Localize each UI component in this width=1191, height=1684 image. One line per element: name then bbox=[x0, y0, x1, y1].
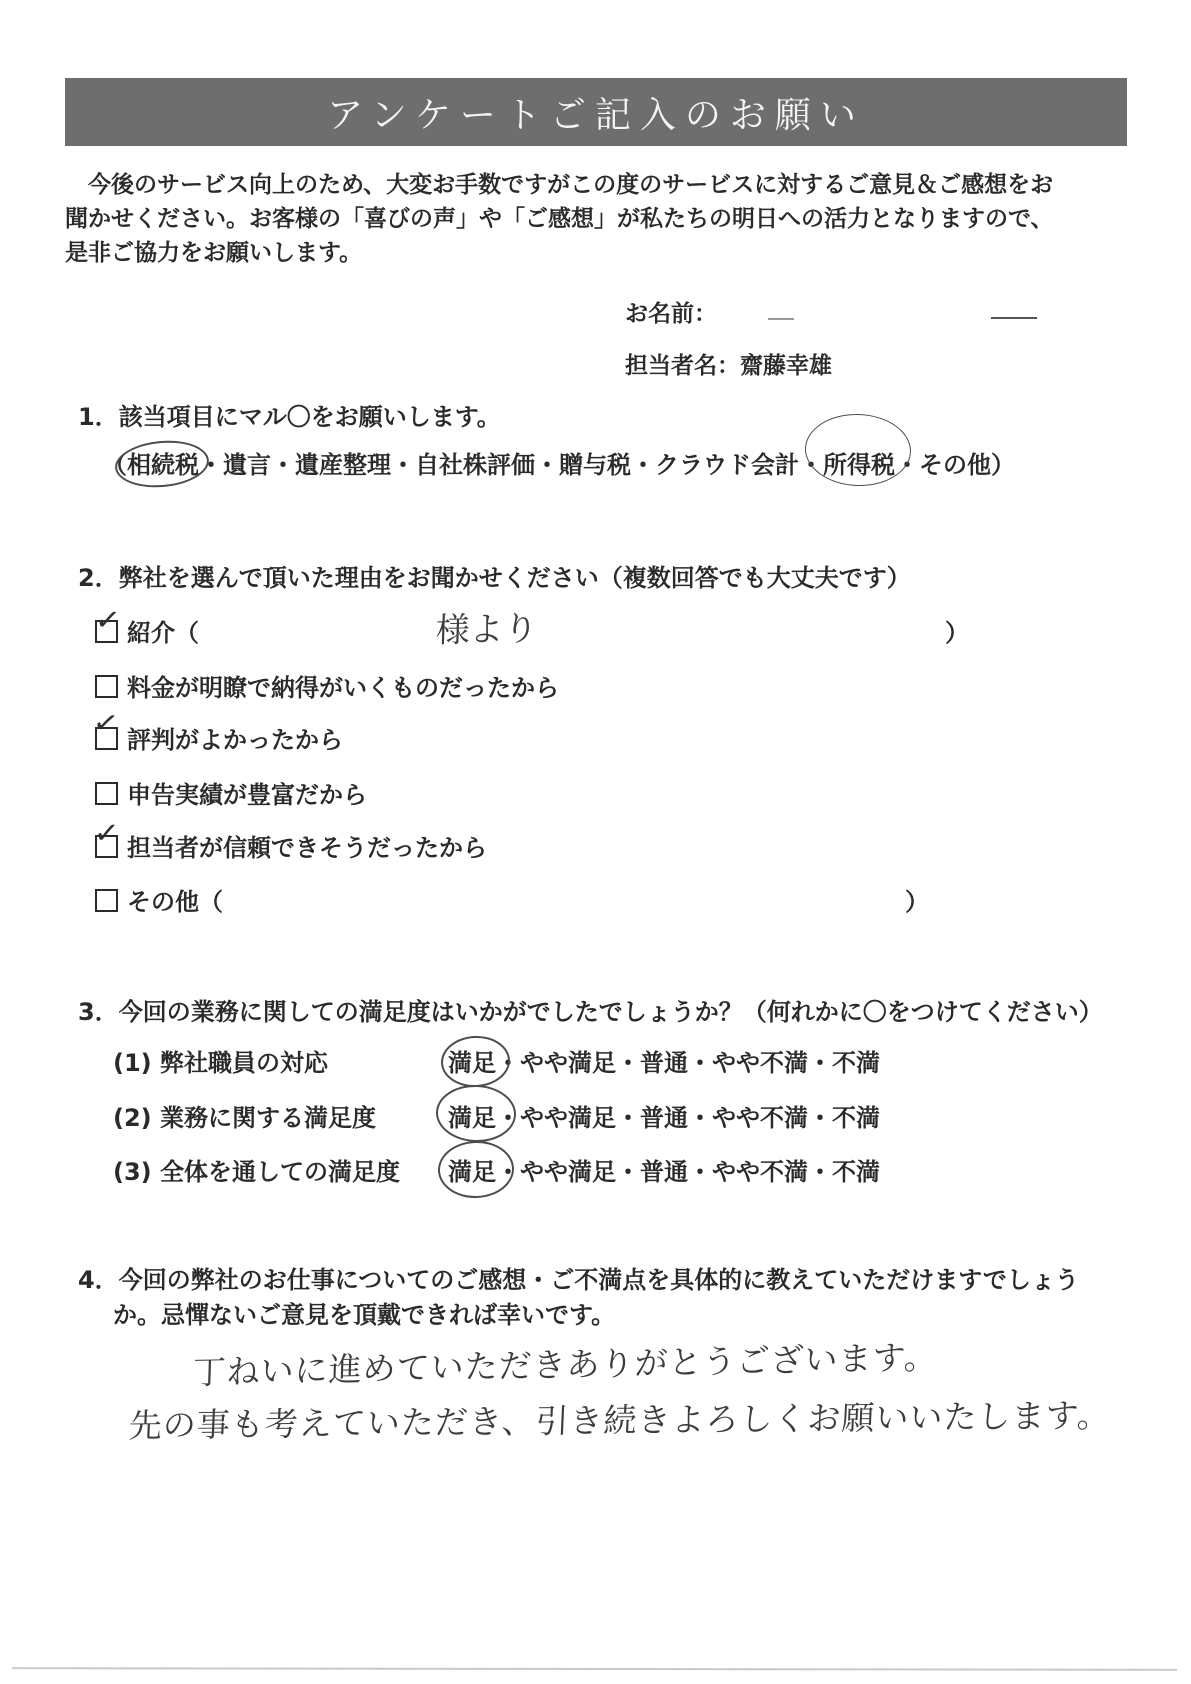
close-paren: ） bbox=[945, 613, 969, 648]
q1-heading: 1．該当項目にマル〇をお願いします。 bbox=[78, 402, 501, 432]
name-underline-mark bbox=[768, 318, 794, 320]
intro-line: 聞かせください。お客様の「喜びの声」や「ご感想」が私たちの明日への活力となります… bbox=[65, 202, 1054, 236]
checkbox-ryokin[interactable] bbox=[95, 675, 118, 698]
handwritten-comment-line: 丁ねいに進めていただきありがとうございます。 bbox=[192, 1331, 939, 1394]
q2-heading: 2．弊社を選んで頂いた理由をお聞かせください（複数回答でも大丈夫です） bbox=[78, 563, 911, 593]
q3-heading: 3．今回の業務に関しての満足度はいかがでしたでしょうか？（何れかに〇をつけてくだ… bbox=[78, 997, 1103, 1027]
q3-scale: 満足・やや満足・普通・やや不満・不満 bbox=[448, 1152, 880, 1187]
checkbox-hyoban[interactable]: ✓ bbox=[95, 727, 118, 750]
intro-text: 今後のサービス向上のため、大変お手数ですがこの度のサービスに対するご意見＆ご感想… bbox=[65, 168, 1054, 270]
q1-option-shotokuzei-circled: 所得税 bbox=[823, 450, 895, 480]
q2-item-tantosha: ✓担当者が信頼できそうだったから bbox=[95, 828, 487, 863]
close-paren: ） bbox=[991, 451, 1015, 479]
q1-option: クラウド会計 bbox=[655, 451, 799, 479]
staff-label: 担当者名： bbox=[625, 353, 740, 379]
q3-row-number: (1) bbox=[113, 1049, 152, 1077]
handwritten-comment-line: 先の事も考えていただき、引き続きよろしくお願いいたします。 bbox=[128, 1390, 1112, 1447]
q2-item-label: 紹介（ bbox=[127, 619, 199, 647]
q3-circled-manzoku: 満足 bbox=[448, 1152, 496, 1187]
q2-item-label: 申告実績が豊富だから bbox=[127, 781, 367, 809]
q2-item-sonota: その他（ ） bbox=[95, 882, 223, 917]
checkbox-tantosha[interactable]: ✓ bbox=[95, 835, 118, 858]
q3-row-label: 全体を通しての満足度 bbox=[160, 1158, 400, 1186]
q3-row-service-satisfaction: (2) 業務に関する満足度 満足・やや満足・普通・やや不満・不満 bbox=[113, 1098, 376, 1133]
q1-option: 遺産整理 bbox=[295, 451, 391, 479]
q1-option: 遺言 bbox=[223, 451, 271, 479]
q3-scale: 満足・やや満足・普通・やや不満・不満 bbox=[448, 1043, 880, 1078]
name-label: お名前： bbox=[625, 301, 717, 327]
handwritten-referrer: 様より bbox=[435, 601, 539, 652]
q2-item-hyoban: ✓評判がよかったから bbox=[95, 720, 343, 755]
q2-item-shokai: ✓紹介（ 様より ） bbox=[95, 613, 199, 648]
q1-option: 自社株評価 bbox=[415, 451, 535, 479]
name-underline-mark-right bbox=[991, 317, 1037, 319]
checkmark: ✓ bbox=[91, 707, 121, 741]
staff-field-row: 担当者名：齋藤幸雄 bbox=[625, 347, 832, 380]
q3-circled-manzoku: 満足 bbox=[448, 1098, 496, 1133]
checkbox-shinkoku[interactable] bbox=[95, 782, 118, 805]
intro-line: 今後のサービス向上のため、大変お手数ですがこの度のサービスに対するご意見＆ご感想… bbox=[65, 168, 1054, 202]
close-paren: ） bbox=[905, 882, 929, 917]
q2-item-label: 料金が明瞭で納得がいくものだったから bbox=[127, 674, 559, 702]
q3-row-number: (2) bbox=[113, 1104, 152, 1132]
q2-item-label: 担当者が信頼できそうだったから bbox=[127, 834, 487, 862]
checkmark: ✓ bbox=[94, 605, 122, 637]
q1-option-souzokuzei-circled: 相続税 bbox=[127, 450, 199, 480]
q1-options-line: （相続税・遺言・遺産整理・自社株評価・贈与税・クラウド会計・所得税・その他） bbox=[103, 450, 1015, 480]
q2-item-shinkoku: 申告実績が豊富だから bbox=[95, 775, 367, 810]
staff-name: 齋藤幸雄 bbox=[740, 353, 832, 379]
q3-row-label: 業務に関する満足度 bbox=[160, 1104, 376, 1132]
q1-option: 贈与税 bbox=[559, 451, 631, 479]
checkmark: ✓ bbox=[93, 818, 120, 850]
q2-item-label: 評判がよかったから bbox=[127, 726, 343, 754]
name-field-row: お名前： bbox=[625, 295, 717, 328]
q4-heading-line: か。忌憚ないご意見を頂戴できれば幸いです。 bbox=[113, 1300, 615, 1330]
page-bottom-scan-line bbox=[12, 1667, 1177, 1671]
q2-item-label: その他（ bbox=[127, 888, 223, 916]
q4-heading-line: 4．今回の弊社のお仕事についてのご感想・ご不満点を具体的に教えていただけますでし… bbox=[78, 1265, 1079, 1295]
q3-row-overall-satisfaction: (3) 全体を通しての満足度 満足・やや満足・普通・やや不満・不満 bbox=[113, 1152, 400, 1187]
q1-option: その他 bbox=[919, 451, 991, 479]
page-title: アンケートご記入のお願い bbox=[327, 87, 865, 138]
intro-line: 是非ご協力をお願いします。 bbox=[65, 236, 1054, 270]
checkbox-shokai[interactable]: ✓ bbox=[95, 620, 118, 643]
q3-circled-manzoku: 満足 bbox=[448, 1043, 496, 1078]
q3-scale: 満足・やや満足・普通・やや不満・不満 bbox=[448, 1098, 880, 1133]
q3-row-staff-response: (1) 弊社職員の対応 満足・やや満足・普通・やや不満・不満 bbox=[113, 1043, 328, 1078]
q2-item-ryokin: 料金が明瞭で納得がいくものだったから bbox=[95, 668, 559, 703]
checkbox-sonota[interactable] bbox=[95, 889, 118, 912]
open-paren: （ bbox=[103, 451, 127, 479]
q3-row-label: 弊社職員の対応 bbox=[160, 1049, 328, 1077]
q3-row-number: (3) bbox=[113, 1158, 152, 1186]
title-banner: アンケートご記入のお願い bbox=[65, 78, 1127, 146]
survey-page: アンケートご記入のお願い 今後のサービス向上のため、大変お手数ですがこの度のサー… bbox=[0, 0, 1191, 1684]
